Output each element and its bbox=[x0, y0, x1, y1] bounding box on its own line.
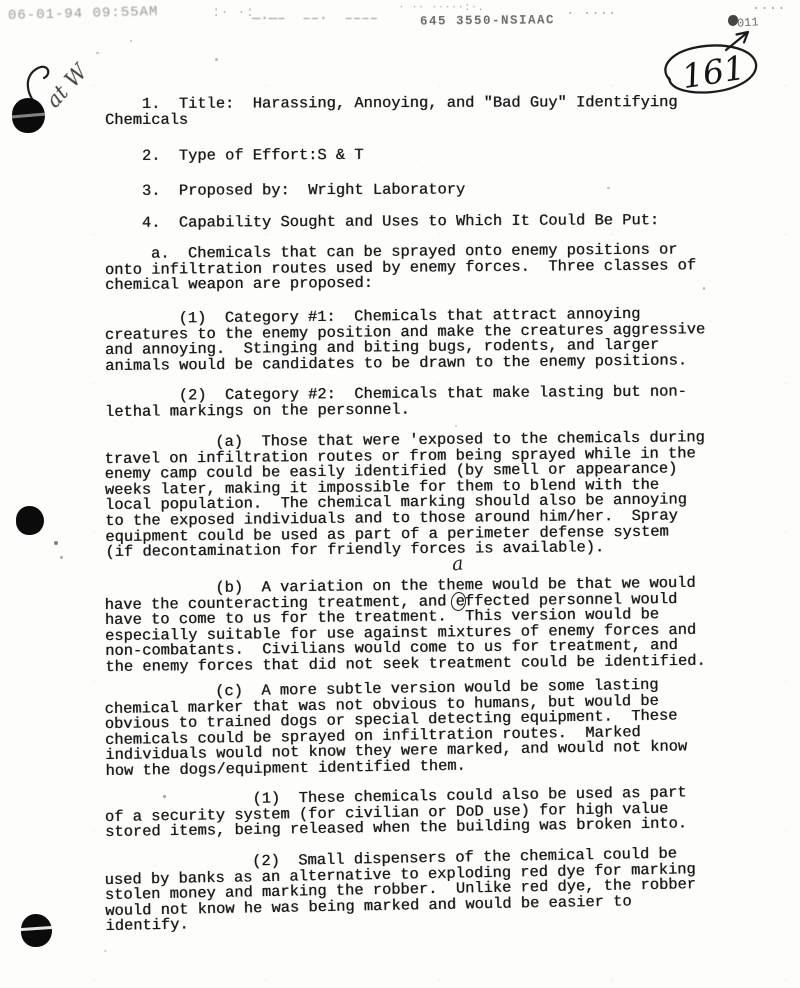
scan-speck bbox=[703, 287, 705, 290]
scan-speck bbox=[572, 612, 574, 614]
para-1-category-1: (1) Category #1: Chemicals that attract … bbox=[105, 306, 706, 374]
typed-text-layer: 1. Title: Harassing, Annoying, and "Bad … bbox=[0, 0, 800, 988]
scan-speck bbox=[104, 950, 107, 952]
item-3-proposed-by: 3. Proposed by: Wright Laboratory bbox=[105, 182, 465, 199]
correction-letter: a bbox=[451, 552, 465, 575]
scanned-document-page: 06-01-94 09:55AM :· ·: —·—– ––· –––– · ·… bbox=[0, 0, 800, 988]
para-1-security-system: (1) These chemicals could also be used a… bbox=[105, 785, 688, 840]
scan-speck bbox=[455, 425, 457, 427]
para-b-variation: (b) A variation on the theme would be th… bbox=[105, 576, 706, 676]
para-a-chemicals: a. Chemicals that can be sprayed onto en… bbox=[105, 242, 696, 293]
scan-speck bbox=[60, 556, 63, 559]
scan-speck bbox=[54, 541, 58, 545]
para-2-category-2: (2) Category #2: Chemicals that make las… bbox=[105, 384, 687, 420]
para-a-exposed: (a) Those that were 'exposed to the chem… bbox=[104, 430, 706, 561]
scan-speck bbox=[163, 795, 166, 798]
para-2-bank-dispensers: (2) Small dispensers of the chemical cou… bbox=[104, 846, 696, 935]
item-1-title: 1. Title: Harassing, Annoying, and "Bad … bbox=[105, 95, 678, 128]
para-c-subtle-marker: (c) A more subtle version would be some … bbox=[104, 677, 687, 779]
item-2-type-of-effort: 2. Type of Effort:S & T bbox=[105, 148, 364, 165]
scan-speck bbox=[215, 58, 218, 61]
scan-speck bbox=[96, 52, 99, 54]
item-4-capability: 4. Capability Sought and Uses to Which I… bbox=[105, 213, 659, 231]
scan-speck bbox=[130, 40, 132, 42]
scan-speck bbox=[607, 187, 610, 189]
